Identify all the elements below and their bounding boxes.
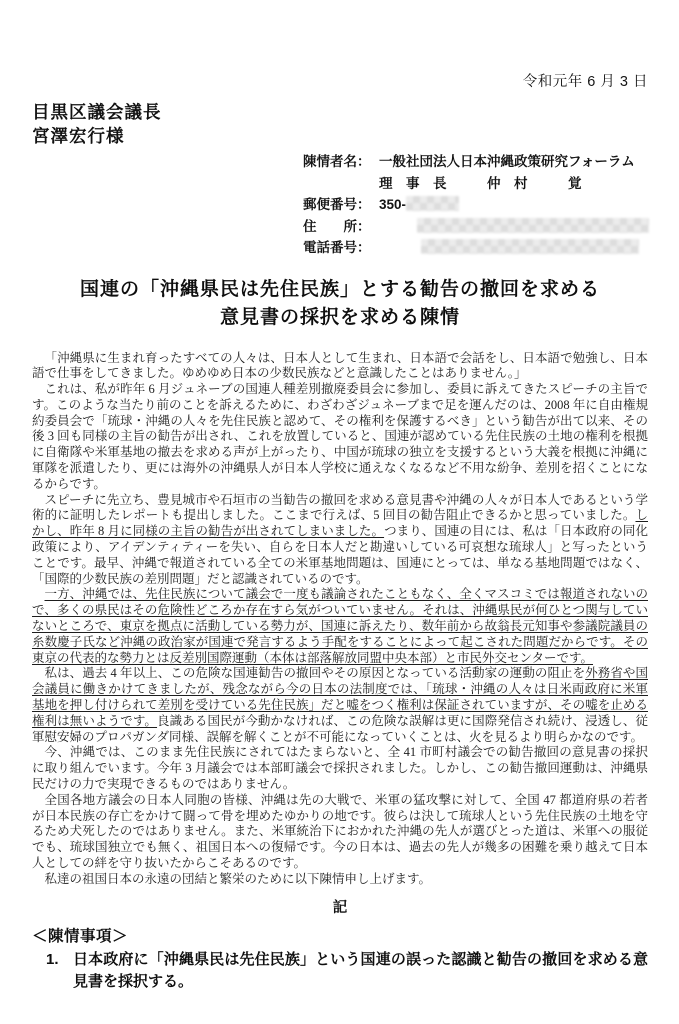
paragraph-text: 「沖縄県に生まれ育ったすべての人々は、日本人として生まれ、日本語で会話をし、日本… xyxy=(32,351,648,381)
recipient-title: 目黒区議会議長 xyxy=(32,100,648,124)
document-date: 令和元年 6 月 3 日 xyxy=(32,70,648,91)
paragraph-text: 今、沖縄では、このまま先住民族にされてはたまらないと、全 41 市町村議会での勧… xyxy=(32,745,648,791)
body-paragraph: 全国各地方議会の日本人同胞の皆様、沖縄は先の大戦で、米軍の猛攻撃に対して、全国 … xyxy=(32,793,648,872)
document-page: 令和元年 6 月 3 日 目黒区議会議長 宮澤宏行様 陳情者名：一般社団法人日本… xyxy=(0,0,679,1024)
petition-items-header: ＜陳情事項＞ xyxy=(32,924,648,946)
petition-item-text: 日本政府に「沖縄県民は先住民族」という国連の誤った認識と勧告の撤回を求める意見書… xyxy=(73,949,648,994)
petitioner-name-label: 陳情者名： xyxy=(303,151,379,173)
body-paragraph: 今、沖縄では、このまま先住民族にされてはたまらないと、全 41 市町村議会での勧… xyxy=(32,745,648,792)
ki-marker: 記 xyxy=(32,896,648,917)
postal-code-label: 郵便番号： xyxy=(303,194,379,216)
body-paragraph: これは、私が昨年 6 月ジュネーブの国連人種差別撤廃委員会に参加し、委員に訴えて… xyxy=(32,382,648,493)
petitioner-row-petitioner-name: 陳情者名：一般社団法人日本沖縄政策研究フォーラム xyxy=(303,151,648,173)
petitioner-name-value: 一般社団法人日本沖縄政策研究フォーラム xyxy=(379,154,635,169)
phone-number-redacted-blur xyxy=(421,239,639,254)
body-paragraph: 私達の祖国日本の永遠の団結と繁栄のために以下陳情申し上げます。 xyxy=(32,872,648,888)
body-paragraph: スピーチに先立ち、豊見城市や石垣市の当勧告の撤回を求める意見書や沖縄の人々が日本… xyxy=(32,493,648,588)
recipient-block: 目黒区議会議長 宮澤宏行様 xyxy=(32,100,648,148)
body-paragraph: 「沖縄県に生まれ育ったすべての人々は、日本人として生まれ、日本語で会話をし、日本… xyxy=(32,351,648,383)
petition-item: 1.日本政府に「沖縄県民は先住民族」という国連の誤った認識と勧告の撤回を求める意… xyxy=(46,949,648,994)
body-paragraph: 一方、沖縄では、先住民族について議会で一度も議論されたこともなく、全くマスコミで… xyxy=(32,587,648,666)
paragraph-text: これは、私が昨年 6 月ジュネーブの国連人種差別撤廃委員会に参加し、委員に訴えて… xyxy=(32,382,648,491)
document-title-line1: 国連の「沖縄県民は先住民族」とする勧告の撤回を求める xyxy=(32,276,648,305)
paragraph-text: 全国各地方議会の日本人同胞の皆様、沖縄は先の大戦で、米軍の猛攻撃に対して、全国 … xyxy=(32,793,648,870)
petitioner-row-address: 住 所： xyxy=(303,216,648,238)
document-body: 「沖縄県に生まれ育ったすべての人々は、日本人として生まれ、日本語で会話をし、日本… xyxy=(32,351,648,888)
address-label: 住 所： xyxy=(303,216,379,238)
underlined-text: 一方、沖縄では、先住民族について議会で一度も議論されたこともなく、全くマスコミで… xyxy=(32,587,648,664)
paragraph-text: 私は、過去 4 年以上、この危険な国連勧告の撤回やその原因となっている活動家の運… xyxy=(45,666,586,680)
document-title: 国連の「沖縄県民は先住民族」とする勧告の撤回を求める 意見書の採択を求める陳情 xyxy=(32,276,648,333)
body-paragraph: 私は、過去 4 年以上、この危険な国連勧告の撤回やその原因となっている活動家の運… xyxy=(32,666,648,745)
petitioner-block: 陳情者名：一般社団法人日本沖縄政策研究フォーラム理 事 長 仲 村 覚郵便番号：… xyxy=(303,151,648,259)
paragraph-text: スピーチに先立ち、豊見城市や石垣市の当勧告の撤回を求める意見書や沖縄の人々が日本… xyxy=(32,493,648,523)
recipient-name: 宮澤宏行様 xyxy=(32,124,648,148)
paragraph-text: 私達の祖国日本の永遠の団結と繁栄のために以下陳情申し上げます。 xyxy=(45,872,432,886)
postal-code-value: 350- xyxy=(379,197,406,212)
petitioner-row-phone-number: 電話番号： xyxy=(303,237,648,259)
petitioner-representative-value: 理 事 長 仲 村 覚 xyxy=(379,176,582,191)
document-title-line2: 意見書の採択を求める陳情 xyxy=(32,304,648,333)
petition-item-number: 1. xyxy=(46,949,73,994)
address-redacted-blur xyxy=(417,218,649,233)
postal-code-redacted-blur xyxy=(406,196,459,211)
petitioner-row-petitioner-representative: 理 事 長 仲 村 覚 xyxy=(303,173,648,195)
phone-number-label: 電話番号： xyxy=(303,237,379,259)
petition-items: 1.日本政府に「沖縄県民は先住民族」という国連の誤った認識と勧告の撤回を求める意… xyxy=(32,949,648,994)
petitioner-row-postal-code: 郵便番号：350- xyxy=(303,194,648,216)
